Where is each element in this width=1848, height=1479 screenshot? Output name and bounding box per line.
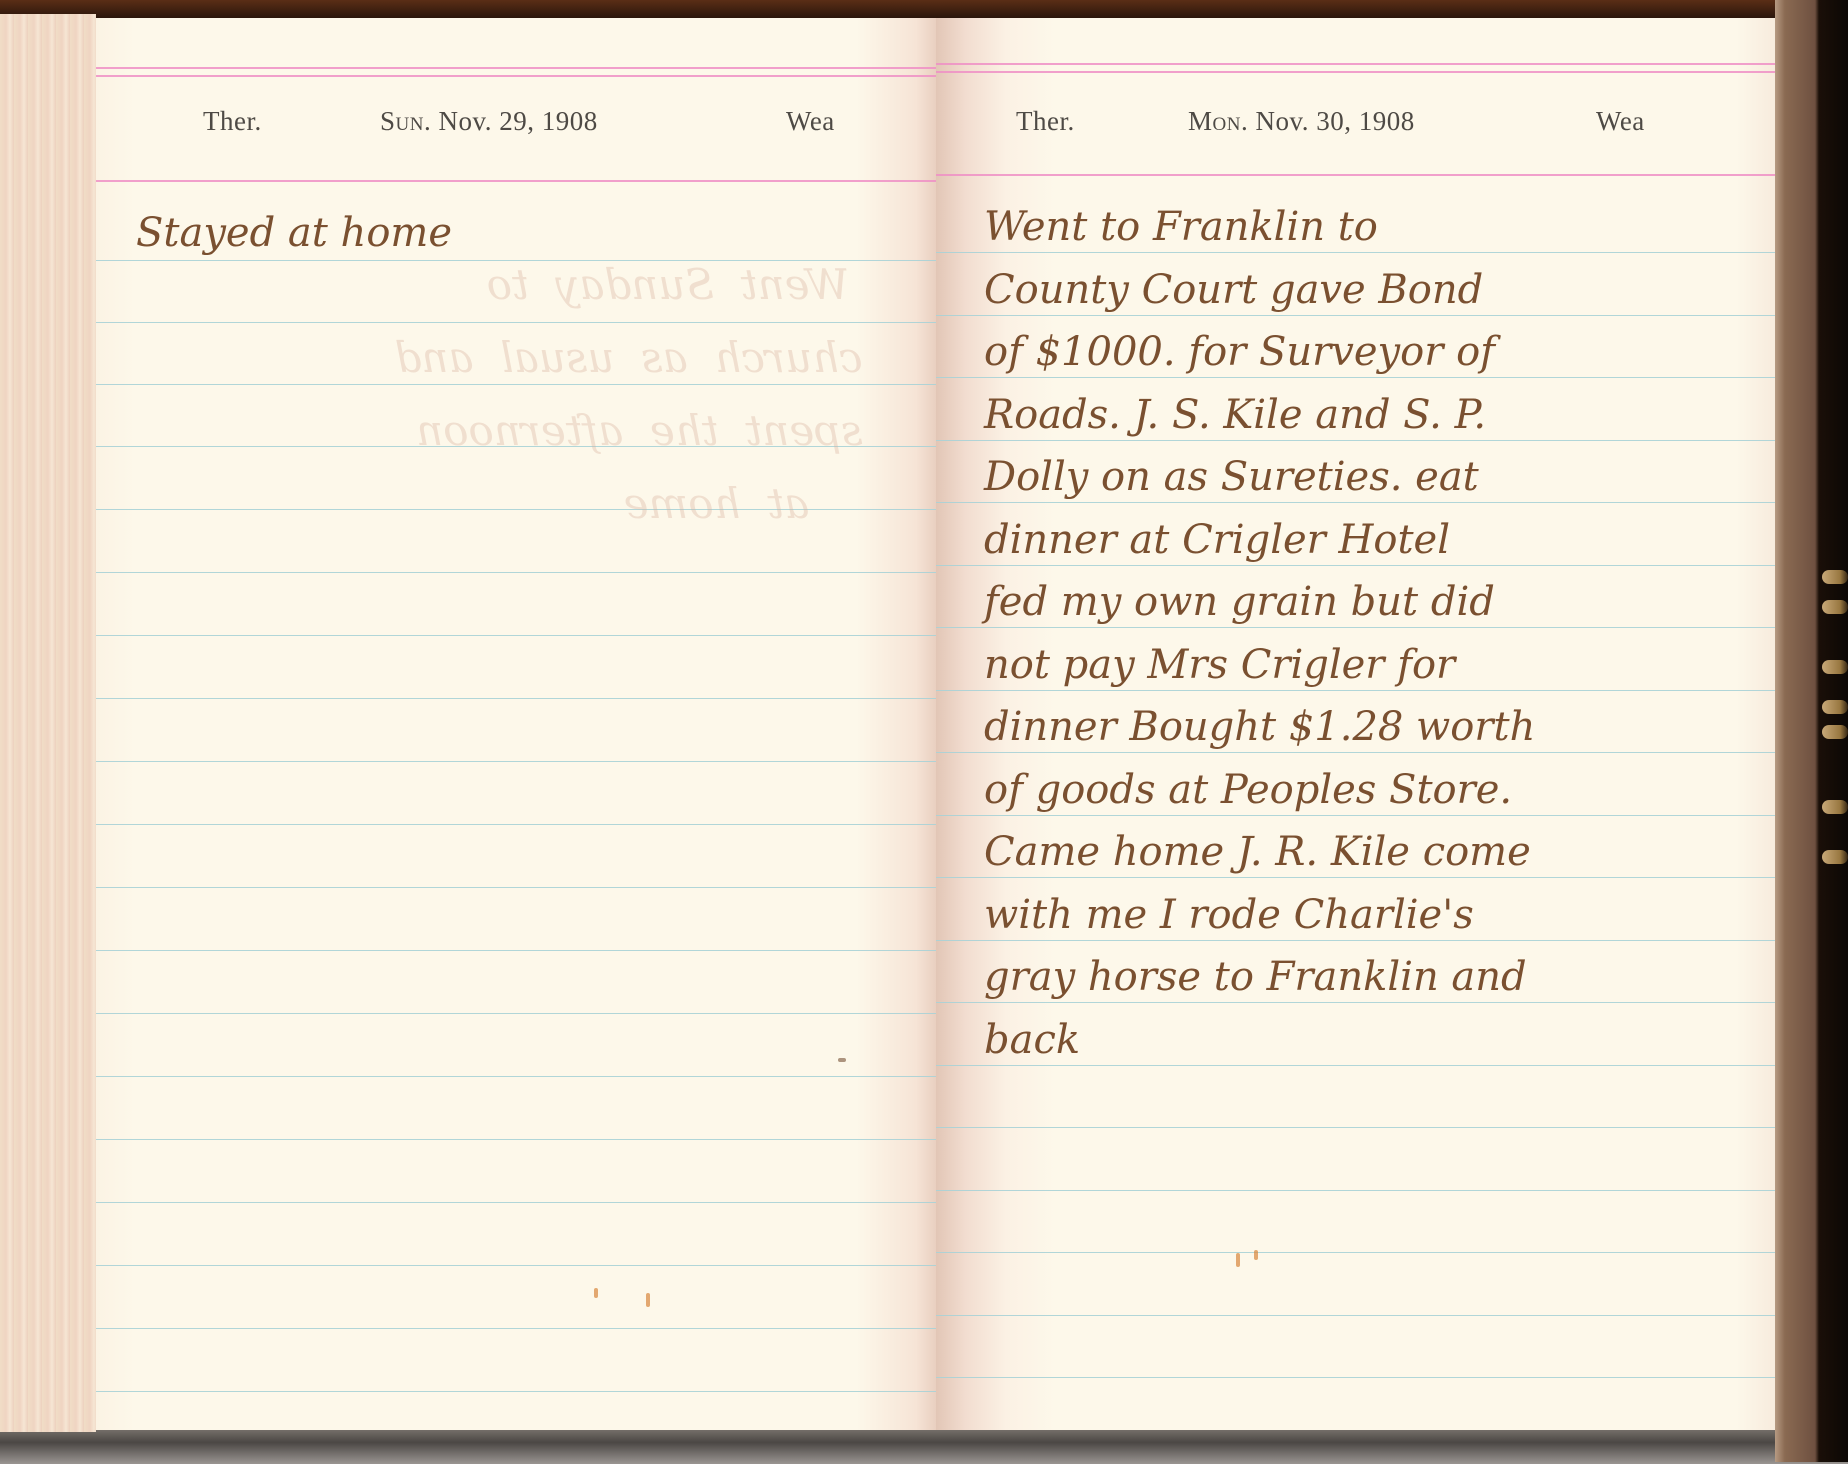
day-name: Mon — [1188, 106, 1241, 136]
blue-rule — [96, 1391, 936, 1392]
blue-rule — [936, 1127, 1775, 1128]
page-edges — [0, 14, 96, 1432]
foxing-spot — [1254, 1250, 1258, 1260]
book-cover-top — [0, 0, 1848, 18]
foxing-spot — [646, 1293, 650, 1307]
blue-rule — [96, 1013, 936, 1014]
entry-line: Stayed at home — [136, 196, 452, 270]
left-page: Ther. Sun. Nov. 29, 1908 Wea Went Sunday… — [96, 18, 936, 1430]
blue-rule — [96, 1202, 936, 1203]
book-bottom-edge — [0, 1428, 1848, 1464]
page-date: Mon. Nov. 30, 1908 — [1188, 106, 1415, 137]
ther-label: Ther. — [1016, 106, 1075, 137]
date-text: . Nov. 30, 1908 — [1241, 106, 1415, 136]
ribbon-stripe — [1822, 700, 1848, 714]
day-name: Sun — [380, 106, 424, 136]
blue-rule — [96, 824, 936, 825]
blue-rule — [96, 1076, 936, 1077]
wea-label: Wea — [1596, 106, 1645, 137]
blue-rule — [96, 1139, 936, 1140]
pink-rule — [96, 180, 936, 182]
foxing-spot — [594, 1288, 598, 1298]
right-page: Ther. Mon. Nov. 30, 1908 Wea Went to Fra… — [936, 18, 1775, 1430]
pink-rule — [96, 67, 936, 69]
blue-rule — [936, 1377, 1775, 1378]
date-text: . Nov. 29, 1908 — [424, 106, 598, 136]
blue-rule — [96, 572, 936, 573]
ribbon-stripe — [1822, 660, 1848, 674]
ther-label: Ther. — [203, 106, 262, 137]
ribbon-stripe — [1822, 800, 1848, 814]
ribbon-stripe — [1822, 570, 1848, 584]
pink-rule — [936, 71, 1775, 73]
foxing-spot — [1236, 1253, 1240, 1267]
blue-rule — [936, 1190, 1775, 1191]
blue-rule — [96, 1328, 936, 1329]
blue-rule — [96, 1265, 936, 1266]
page-date: Sun. Nov. 29, 1908 — [380, 106, 598, 137]
pink-rule — [936, 63, 1775, 65]
pink-rule — [936, 174, 1775, 176]
diary-photo: Ther. Sun. Nov. 29, 1908 Wea Went Sunday… — [0, 0, 1848, 1479]
ink-spot — [838, 1058, 846, 1062]
entry-line: back — [984, 1003, 1080, 1077]
ribbon-stripe — [1822, 725, 1848, 739]
bleed-through-text: Went Sunday to church as usual and spent… — [176, 248, 876, 540]
ribbon-stripe — [1822, 600, 1848, 614]
blue-rule — [96, 761, 936, 762]
blue-rule — [936, 1252, 1775, 1253]
blue-rule — [96, 635, 936, 636]
blue-rule — [96, 698, 936, 699]
blue-rule — [96, 887, 936, 888]
blue-rule — [96, 950, 936, 951]
ribbon-stripe — [1822, 850, 1848, 864]
wea-label: Wea — [786, 106, 835, 137]
blue-rule — [936, 1315, 1775, 1316]
pink-rule — [96, 75, 936, 77]
